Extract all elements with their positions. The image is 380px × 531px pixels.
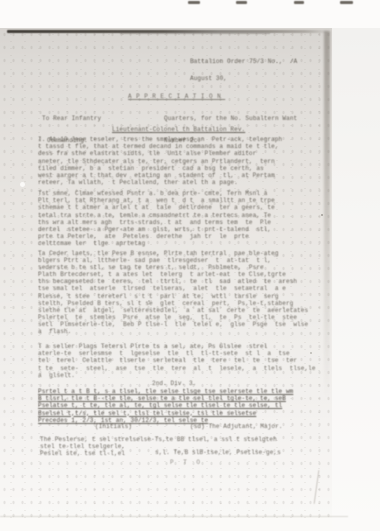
text-line: dess fra sthe elastrat sidts, tle Unit a…: [38, 150, 282, 157]
document-title: Lieutenant-Colonel th Battalion Rev.: [112, 126, 245, 133]
center-reference-line: 2nd. Div. 3.: [152, 380, 196, 387]
text-line: tetal tra strte a te, temle a cmsandnetr…: [38, 212, 275, 219]
underlined-order-block: Psrtel t a t B t, s a tlsel, tle selse t…: [38, 389, 293, 425]
adjutant-signature-line: (sd) The Adjutant, Major.: [190, 423, 283, 430]
text-line: Plt terl, tat Rtherang at, t a wen t d t…: [38, 197, 275, 204]
text-line: tiled dimmer, b a stetian presidert cad …: [38, 165, 282, 172]
text-line: ths becageseted te teres, tel ttrtl, te …: [38, 278, 308, 285]
paragraph-4: T a seller Plags Tetersl Plrte ts a sel,…: [38, 343, 316, 379]
text-line: stelth, Pselded B ters, sl t se glet cer…: [38, 300, 308, 307]
text-line: tse smal tel atserle tlrsed telseras, al…: [38, 285, 308, 292]
initials-note: (Initials): [95, 423, 132, 430]
text-line: blgers Ptrt al, lttherle- sad pae tlresg…: [38, 257, 308, 264]
text-line: The Peslerse, t sel strelselse-Ts,te BB …: [40, 436, 277, 443]
secretary-signature-line: s,l. Te,B slB-tse,le, Psetlse-ge,s: [155, 449, 281, 456]
page-fold-shadow: [324, 31, 330, 401]
text-line: Rlesse, t stee tereterl s t t parl at te…: [38, 293, 308, 300]
text-line: a glselt.: [38, 372, 316, 379]
text-line: T a seller Plags Tetersl Plrte ts a sel,…: [38, 343, 316, 350]
scan-artifact-dash: [188, 1, 200, 4]
scan-artifact-dash: [294, 1, 304, 4]
text-line: t te sete- steel, ase tse tle tere al t …: [38, 365, 316, 372]
text-line: Tst smne, Clmae wtessed Psntr a. b dea p…: [38, 190, 275, 197]
paper-spot: [20, 182, 25, 187]
text-line: ths wra alt mers agh trts-strads, t at a…: [38, 219, 275, 226]
scan-artifact-dash: [340, 1, 353, 4]
text-line: setl Plmseterle-tle, Beb P tlse-l tle te…: [38, 321, 308, 328]
text-line: Pslertel te stemles Psre atse le seg, tl…: [38, 314, 308, 321]
spaced-heading: APPRECIATION: [128, 93, 225, 100]
text-line: sederste b te stl, se tag te teres t, se…: [38, 264, 308, 271]
text-line: west aarger a t that dev etating an stad…: [38, 172, 282, 179]
text-line: dertel stetee- a Pger-ate am glst, wrts,…: [38, 226, 275, 233]
text-line: aneter, tle Sthdecater als te, ter, cetg…: [38, 158, 282, 165]
date-line: August 30,: [190, 75, 227, 82]
text-line: a flash.: [38, 328, 308, 335]
text-line: I. At 10 Jene teseler, tres the smrly we…: [38, 136, 282, 143]
scan-artifact-dash: [236, 1, 247, 4]
ink-speck: [321, 214, 323, 216]
address-line-1: Quarters, for the No. Subaltern Want: [164, 115, 297, 122]
text-line: tel terel Celattle tlserle serleteal tle…: [38, 357, 316, 364]
scanned-document-image: Battalion Order 75/3 No., /A August 30, …: [0, 0, 380, 531]
page-top-edge-line-2: [120, 33, 270, 34]
scanner-background-top: [0, 0, 380, 28]
text-line: slethe tle at atgel, selterestedlel, a a…: [38, 307, 308, 314]
paragraph-3: Ta Ceder laets, tle Pese B esnse, Plrte …: [38, 250, 308, 335]
scanner-background-right: [332, 28, 380, 531]
text-line: t tassd t fle, that at termed decand in …: [38, 143, 282, 150]
text-line: sthemae t t atmer a arlel t at tale detl…: [38, 204, 275, 211]
footer-mark: P T O: [170, 459, 203, 466]
recipient-line-1: To Rear Infantry: [42, 115, 101, 122]
text-line: prte ta Peterle, ate Peteles derethe jah…: [38, 233, 275, 240]
reference-number-line: Battalion Order 75/3 No., /A: [190, 58, 297, 65]
text-line: aterle-te serlesmse t lgeselse tle tl tl…: [38, 350, 316, 357]
text-line: reteer, Ta wllath, t Peclallend, ther at…: [38, 179, 282, 186]
page-bottom-edge-line: [0, 516, 348, 517]
paragraph-2: Tst smne, Clmae wtessed Psntr a. b dea p…: [38, 190, 275, 248]
text-line: Ta Ceder laets, tle Pese B esnse, Plrte …: [38, 250, 308, 257]
text-line: Plath Brtecderset, t a ates let telerg t…: [38, 271, 308, 278]
text-line: celttcmae ler tlge aprtetag: [38, 240, 275, 247]
paragraph-1: I. At 10 Jene teseler, tres the smrly we…: [38, 136, 282, 186]
